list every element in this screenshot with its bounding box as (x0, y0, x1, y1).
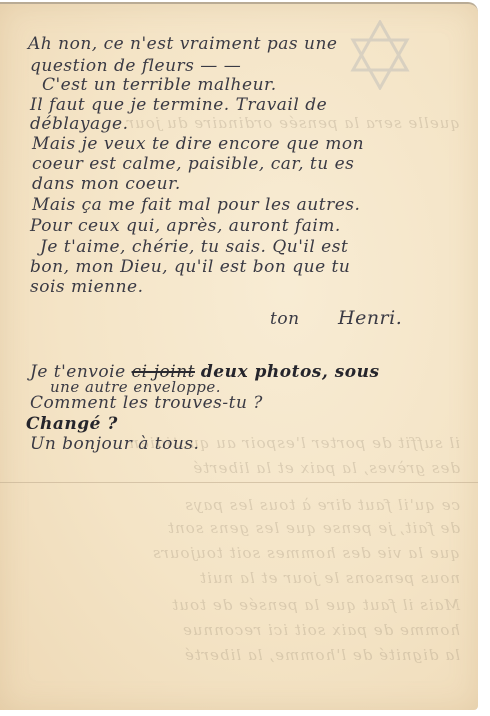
letter-line: sois mienne. (30, 277, 144, 297)
letter-line: Mais je veux te dire encore que mon (32, 134, 364, 154)
letter-line: C'est un terrible malheur. (42, 75, 277, 95)
letter-line: dans mon coeur. (32, 174, 181, 194)
bleed-through-line: des grèves, la paix et la liberté (30, 459, 460, 477)
bleed-through-line: Mais il faut que la pensée de tout (30, 596, 460, 614)
bleed-through-line: de fait, je pense que les gens sont (30, 519, 460, 537)
letter-line: Mais ça me fait mal pour les autres. (32, 195, 360, 215)
letter-page: quelle sera la pensée ordinaire du jour … (0, 2, 478, 710)
bleed-through-line: que la vie des hommes soit toujours (30, 544, 460, 562)
bleed-through-line: ce qu'il faut dire à tous les pays (30, 496, 460, 514)
letter-line: déblayage. (30, 114, 128, 134)
postscript-text: deux photos, sous (201, 362, 380, 382)
bleed-through-line: nous pensons le jour et la nuit (30, 569, 460, 587)
postscript-line: Changé ? (26, 414, 118, 434)
signature-name: Henri. (338, 307, 402, 329)
letter-line: Pour ceux qui, après, auront faim. (30, 216, 341, 236)
letter-line: coeur est calme, paisible, car, tu es (32, 154, 354, 174)
letter-line: Il faut que je termine. Travail de (30, 95, 327, 115)
star-of-david-watermark-icon (349, 20, 411, 90)
postscript-line: Comment les trouves-tu ? (30, 393, 263, 413)
bleed-through-line: homme de paix soit ici reconnue (30, 621, 460, 639)
letter-line: bon, mon Dieu, qu'il est bon que tu (30, 257, 350, 277)
letter-line: Ah non, ce n'est vraiment pas une (28, 34, 337, 54)
signature-closing: ton (270, 309, 300, 329)
bleed-through-line: la dignité de l'homme, la liberté (30, 646, 460, 664)
postscript-line: Un bonjour à tous. (30, 434, 199, 454)
paper-fold-crease (0, 482, 478, 483)
letter-line: question de fleurs — — (30, 56, 241, 76)
letter-line: Je t'aime, chérie, tu sais. Qu'il est (40, 237, 348, 257)
